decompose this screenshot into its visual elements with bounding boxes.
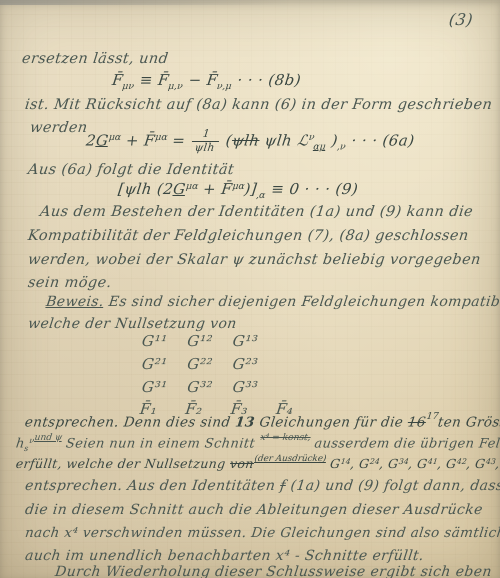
paragraph-compatibility-line-1: Aus dem Bestehen der Identitäten (1a) un… [39,203,474,221]
text-line-identitaeten-folgt: entsprechen. Aus den Identitäten f (1a) … [24,478,500,496]
equation-6a: 2Gμα + F̄μα = 1ψlh (ψlh ψlh ℒναμ ),ν · ·… [84,129,415,154]
text-line-aus-6a-folgt: Aus (6a) folgt die Identität [27,161,235,179]
text-line-werden: werden [29,119,89,137]
manuscript-page: (3) ersetzen lässt, und F̄μν ≡ F̄μ,ν − F… [0,0,500,578]
text-line-wiederholung: Durch Wiederholung dieser Schlussweise e… [54,564,493,578]
text-line-nullsetzung-von: welche der Nullsetzung von [27,316,238,334]
text-line-ableitungen: die in diesem Schnitt auch die Ableitung… [24,502,484,520]
text-line-benachbarten-schnitte: auch im unendlich benachbarten x⁴ - Schn… [24,548,425,566]
page-number: (3) [448,10,474,30]
equation-9: [ψlh (2Gμα + F̄μα)],α ≡ 0 · · · (9) [117,180,360,202]
text-line-verschwinden: nach x⁴ verschwinden müssen. Die Gleichu… [24,525,500,542]
equation-8b: F̄μν ≡ F̄μ,ν − F̄ν,μ · · · (8b) [111,71,302,93]
matrix-row-2: G²¹ G²² G²³ [141,355,259,374]
text-line-hs-schnitt: hsνund ψ Seien nun in einem Schnitt x⁴ =… [15,433,500,454]
text-line-beweis: Beweis. Es sind sicher diejenigen Feldgl… [45,294,500,312]
text-line-ruecksicht: ist. Mit Rücksicht auf (8a) kann (6) in … [24,96,493,114]
text-line-13-gleichungen: entsprechen. Denn dies sind 13 Gleichung… [24,411,500,431]
paragraph-compatibility-line-2: Kompatibilität der Feldgleichungen (7), … [27,227,470,245]
paragraph-compatibility-line-3: werden, wobei der Skalar ψ zunächst beli… [27,251,482,269]
matrix-row-1: G¹¹ G¹² G¹³ [141,332,259,351]
text-line-nullsetzung-g14-g44: erfüllt, welche der Nullsetzung von(der … [15,454,500,472]
text-line-ersetzen: ersetzen lässt, und [21,50,170,68]
scan-edge-artifact [0,0,290,5]
matrix-row-3: G³¹ G³² G³³ [141,378,259,397]
paragraph-compatibility-line-4: sein möge. [27,274,113,292]
